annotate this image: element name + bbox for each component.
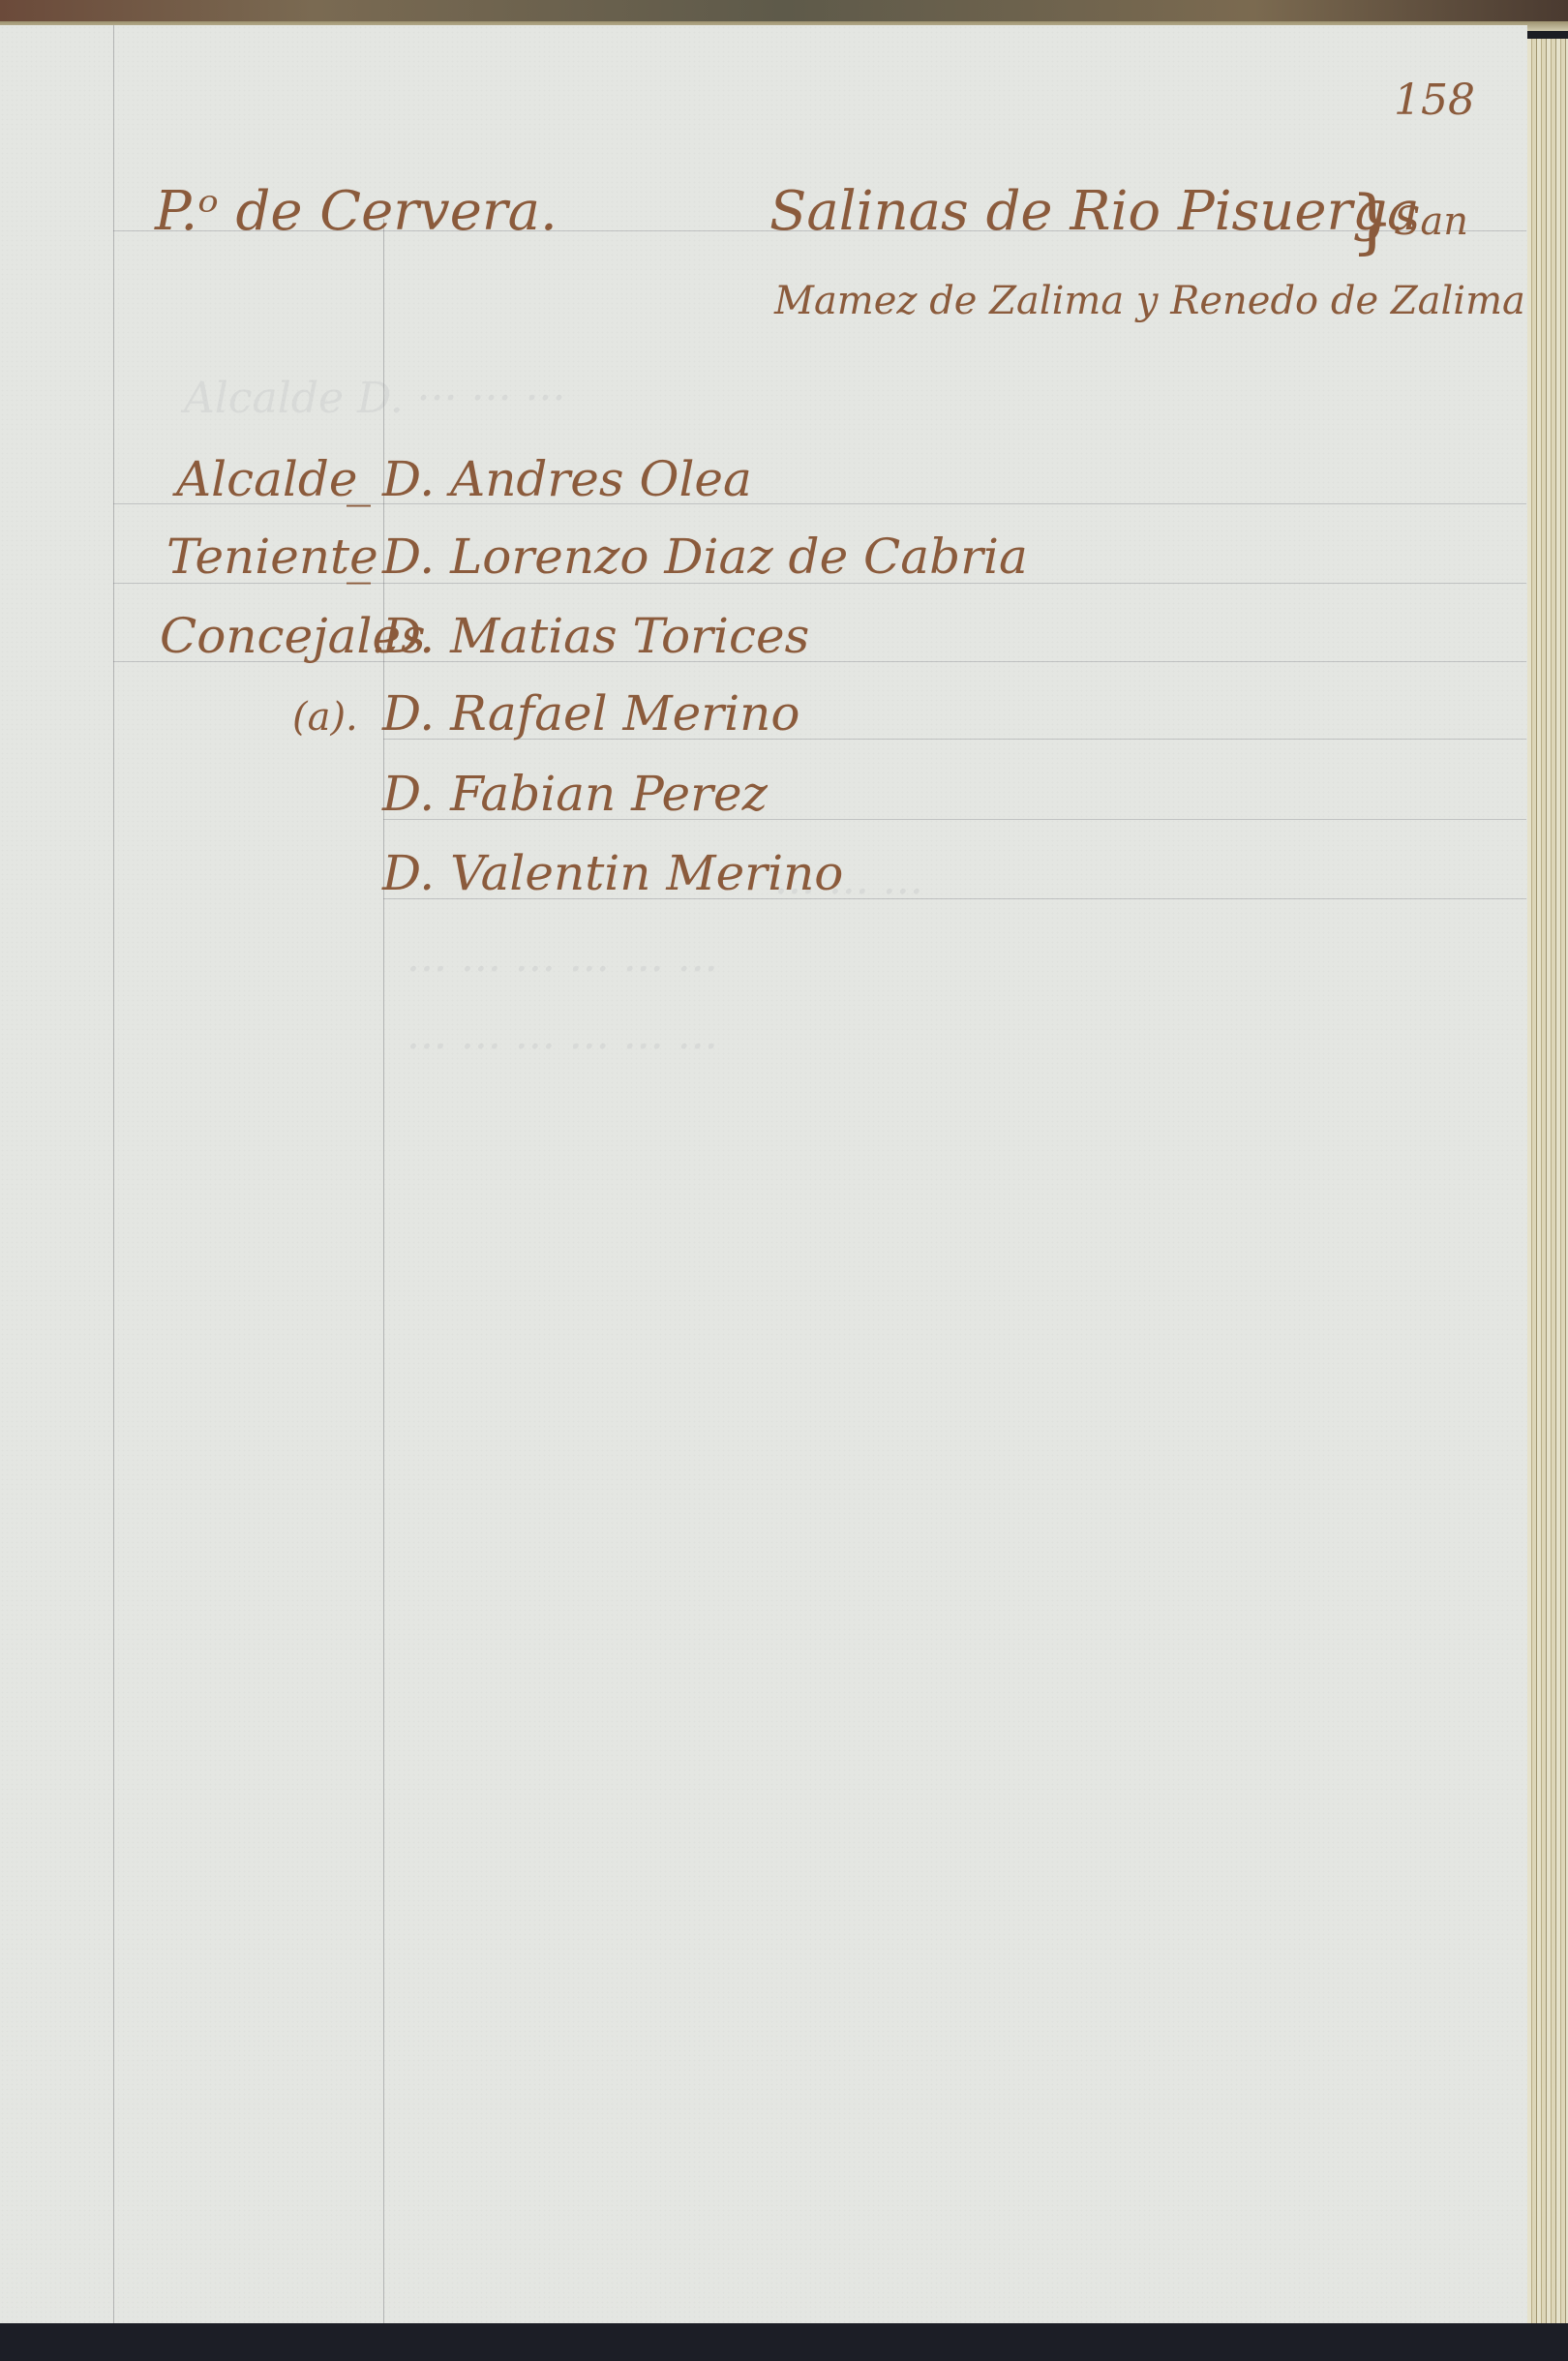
margin-rule-left: [113, 25, 114, 2332]
bleed-through-text: ··· ··· ··· ··· ··· ···: [407, 945, 718, 994]
official-name: D. Rafael Merino: [382, 685, 799, 742]
footnote-marker: (a).: [292, 695, 358, 740]
role-separator: _: [347, 451, 371, 507]
brace-symbol: }: [1350, 180, 1395, 261]
role-separator: _: [347, 529, 371, 585]
official-name: D. Valentin Merino: [382, 845, 843, 901]
annex-start: San: [1394, 199, 1468, 244]
manuscript-page: Alcalde D. ··· ··· ··· ··· ··· ··· ··· ·…: [0, 25, 1527, 2332]
official-name: D. Fabian Perez: [382, 766, 768, 822]
page-number: 158: [1394, 76, 1475, 125]
book-page-edges: [1527, 39, 1568, 2333]
official-name: D. Andres Olea: [382, 451, 752, 507]
role-alcalde: Alcalde: [176, 451, 358, 507]
official-name: D. Matias Torices: [382, 608, 809, 664]
annex-villages: Mamez de Zalima y Renedo de Zalima.: [774, 279, 1538, 323]
partido-heading: P.ᵒ de Cervera.: [155, 180, 558, 243]
official-name: D. Lorenzo Diaz de Cabria: [382, 529, 1028, 585]
bleed-through-text: Alcalde D. ··· ··· ···: [184, 374, 566, 423]
bleed-through-text: ··· ··· ··· ··· ··· ···: [407, 1022, 718, 1072]
book-cover-top: [0, 0, 1568, 25]
background-surface: [0, 2323, 1568, 2361]
municipality-heading: Salinas de Rio Pisuerga: [769, 180, 1419, 243]
